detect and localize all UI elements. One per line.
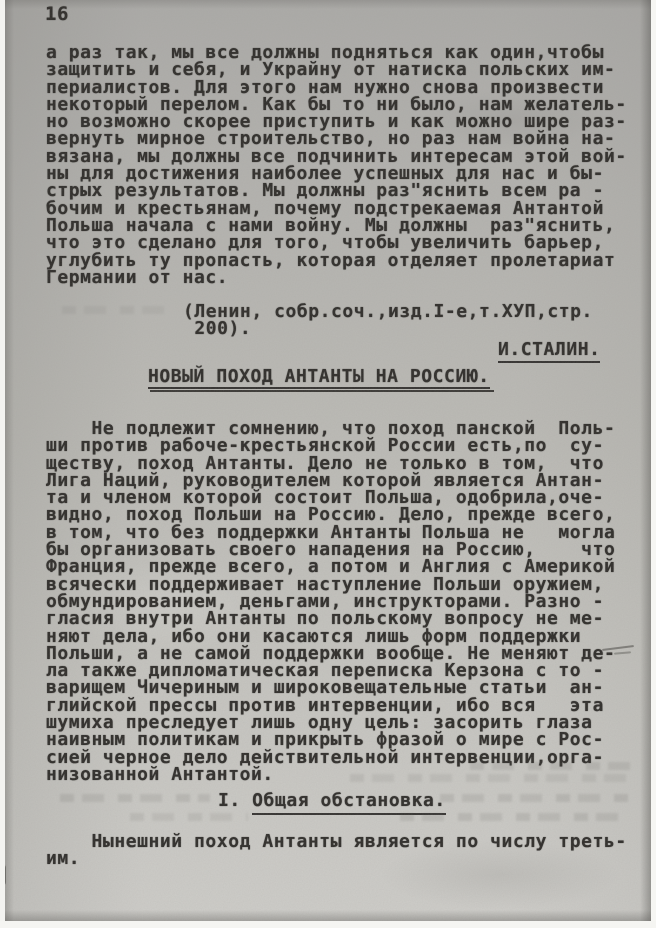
text-line: 200). xyxy=(183,320,593,337)
text-line: им. xyxy=(46,850,627,867)
text-line: ши против рабоче-крестьянской России ест… xyxy=(46,437,615,454)
lenin-citation: (Ленин, собр.соч.,изд.I-е,т.ХУП,стр. 200… xyxy=(183,303,593,338)
edge-smudge xyxy=(0,864,6,886)
section-heading: I. Общая обстановка. xyxy=(218,792,446,809)
article-title-text: НОВЫЙ ПОХОД АНТАНТЫ НА РОССИЮ. xyxy=(148,368,490,389)
section-heading-spacer xyxy=(241,790,252,811)
text-line: Германии от нас. xyxy=(46,269,627,286)
closing-paragraph: Нынешний поход Антанты является по числу… xyxy=(46,833,627,868)
text-line: низованной Антантой. xyxy=(46,766,615,783)
page-number: 16 xyxy=(45,6,69,23)
text-line: Нынешний поход Антанты является по числу… xyxy=(46,833,627,850)
stalin-signature: И.СТАЛИН. xyxy=(498,341,600,358)
stalin-signature-text: И.СТАЛИН. xyxy=(498,339,600,363)
section-number: I. xyxy=(218,790,241,811)
body-paragraph: Не подлежит сомнению, что поход панской … xyxy=(46,420,615,783)
opening-paragraph-lenin-quote: а раз так, мы все должны подняться как о… xyxy=(46,44,627,286)
section-title: Общая обстановка. xyxy=(252,790,446,815)
text-line: защитить и себя, и Украйну от натиска по… xyxy=(46,61,627,78)
text-line: что это сделано для того, чтобы увеличит… xyxy=(46,234,627,251)
text-line: гласия внутри Антанты по польскому вопро… xyxy=(46,610,615,627)
scanned-page-background: 16 а раз так, мы все должны подняться ка… xyxy=(0,0,656,928)
article-title: НОВЫЙ ПОХОД АНТАНТЫ НА РОССИЮ. xyxy=(148,368,490,389)
